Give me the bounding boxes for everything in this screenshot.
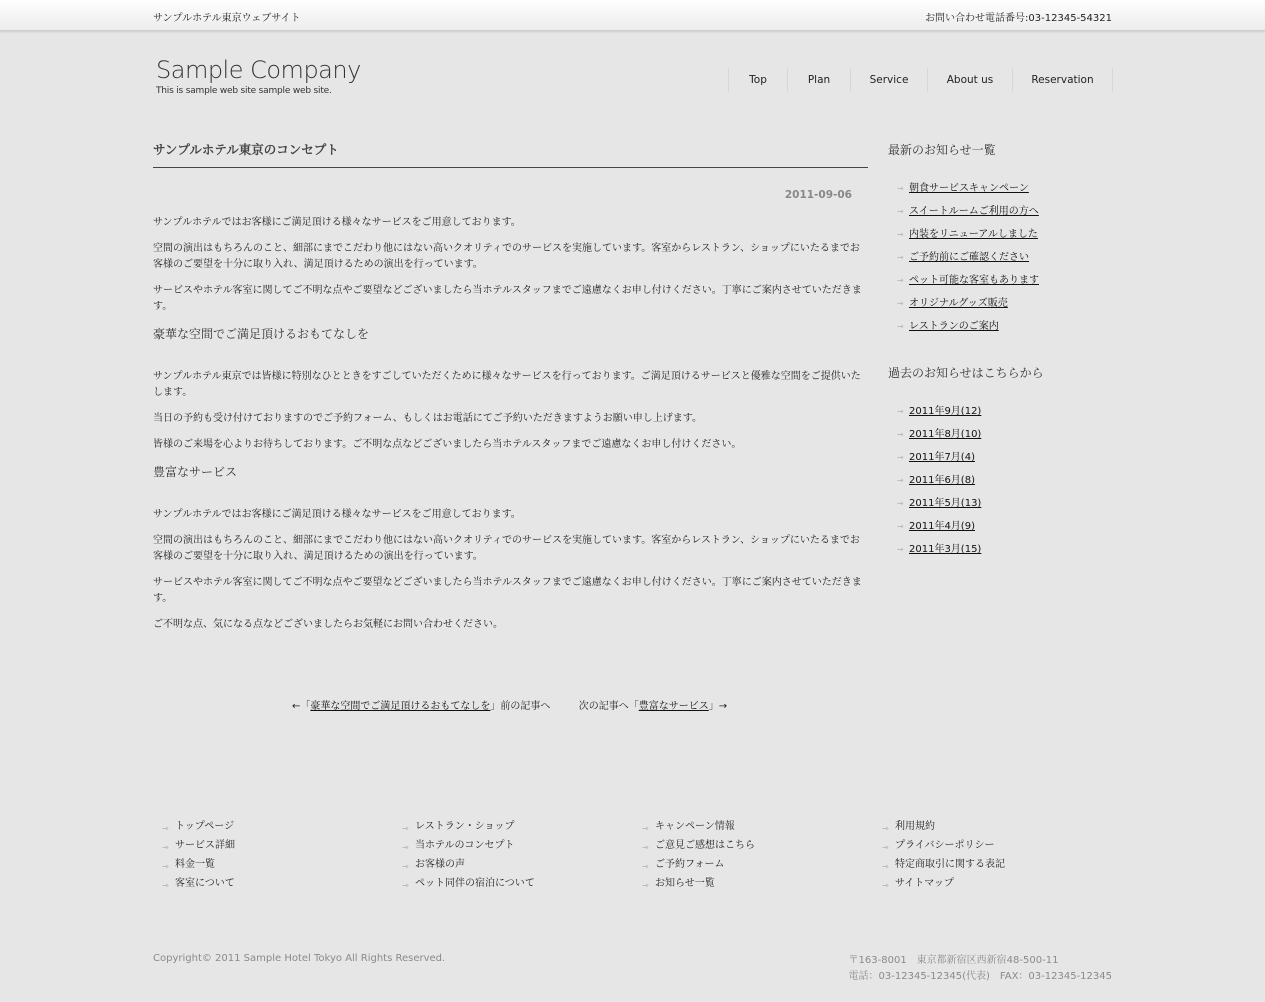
arrow-right-icon: ⇾ <box>402 863 410 871</box>
phone-fax-line: 電話：03-12345-12345(代表) FAX：03-12345-12345 <box>849 969 1112 985</box>
article-title: サンプルホテル東京のコンセプト <box>153 140 868 160</box>
arrow-right-icon: ⇾ <box>897 254 905 262</box>
footer-link[interactable]: ⇾お知らせ一覧 <box>642 877 882 896</box>
article: サンプルホテル東京のコンセプト 2011-09-06 サンプルホテルではお客様に… <box>153 140 868 160</box>
archive-item: ⇾2011年5月(13) <box>888 497 1113 520</box>
footer-column: ⇾キャンペーン情報⇾ご意見ご感想はこちら⇾ご予約フォーム⇾お知らせ一覧 <box>642 820 882 896</box>
arrow-right-icon: ⇾ <box>897 231 905 239</box>
logo-title: Sample Company <box>156 56 361 84</box>
news-item-link[interactable]: オリジナルグッズ販売 <box>909 298 1008 309</box>
footer-link-label: プライバシーポリシー <box>895 840 995 851</box>
paragraph: 空間の演出はもちろんのこと、細部にまでこだわり他にはない高いクオリティでのサービ… <box>153 241 868 273</box>
archive-item-link[interactable]: 2011年8月(10) <box>909 429 981 440</box>
prev-prefix: ←「 <box>292 701 310 712</box>
sidebar: 最新のお知らせ一覧 ⇾朝食サービスキャンペーン⇾スイートルームご利用の方へ⇾内装… <box>888 140 1113 586</box>
footer-link[interactable]: ⇾当ホテルのコンセプト <box>402 839 642 858</box>
paragraph: サービスやホテル客室に関してご不明な点やご要望などございましたら当ホテルスタッフ… <box>153 283 868 315</box>
footer-link[interactable]: ⇾プライバシーポリシー <box>882 839 1122 858</box>
footer-link-label: 当ホテルのコンセプト <box>415 840 515 851</box>
next-prefix: 次の記事へ「 <box>579 701 639 712</box>
paragraph: サービスやホテル客室に関してご不明な点やご要望などございましたら当ホテルスタッフ… <box>153 575 868 607</box>
arrow-right-icon: ⇾ <box>897 408 905 416</box>
copyright: Copyright© 2011 Sample Hotel Tokyo All R… <box>153 953 445 964</box>
footer-link-label: サイトマップ <box>895 878 954 889</box>
prev-suffix: 」前の記事へ <box>490 701 550 712</box>
arrow-right-icon: ⇾ <box>897 277 905 285</box>
footer-link-label: 料金一覧 <box>175 859 215 870</box>
address: 〒163-8001 東京都新宿区西新宿48-500-11 電話：03-12345… <box>849 953 1112 985</box>
footer-link[interactable]: ⇾キャンペーン情報 <box>642 820 882 839</box>
contact-phone: お問い合わせ電話番号:03-12345-54321 <box>925 9 1112 24</box>
arrow-right-icon: ⇾ <box>897 208 905 216</box>
footer-link-label: トップページ <box>175 821 234 832</box>
paragraph: ご不明な点、気になる点などございましたらお気軽にお問い合わせください。 <box>153 617 868 633</box>
archive-item: ⇾2011年7月(4) <box>888 451 1113 474</box>
main-nav: Top Plan Service About us Reservation <box>728 68 1113 92</box>
post-navigation: ←「豪華な空間でご満足頂けるおもてなしを」前の記事へ 次の記事へ「豊富なサービス… <box>292 697 727 712</box>
archive-heading: 過去のお知らせはこちらから <box>888 363 1113 383</box>
arrow-right-icon: ⇾ <box>882 882 890 890</box>
arrow-right-icon: ⇾ <box>642 863 650 871</box>
footer-link[interactable]: ⇾特定商取引に関する表記 <box>882 858 1122 877</box>
arrow-right-icon: ⇾ <box>162 825 170 833</box>
news-item: ⇾ご予約前にご確認ください <box>888 251 1113 274</box>
archive-list: ⇾2011年9月(12)⇾2011年8月(10)⇾2011年7月(4)⇾2011… <box>888 405 1113 566</box>
nav-item-about-us[interactable]: About us <box>928 68 1013 92</box>
archive-item: ⇾2011年9月(12) <box>888 405 1113 428</box>
footer-link[interactable]: ⇾ご意見ご感想はこちら <box>642 839 882 858</box>
arrow-right-icon: ⇾ <box>882 863 890 871</box>
footer-link[interactable]: ⇾トップページ <box>162 820 402 839</box>
nav-item-plan[interactable]: Plan <box>788 68 851 92</box>
footer-column: ⇾トップページ⇾サービス詳細⇾料金一覧⇾客室について <box>162 820 402 896</box>
archive-item-link[interactable]: 2011年5月(13) <box>909 498 981 509</box>
paragraph: サンプルホテルではお客様にご満足頂ける様々なサービスをご用意しております。 <box>153 215 868 231</box>
logo-tagline: This is sample web site sample web site. <box>156 86 361 96</box>
footer-link-label: 利用規約 <box>895 821 935 832</box>
paragraph: 皆様のご来場を心よりお待ちしております。ご不明な点などございましたら当ホテルスタ… <box>153 437 868 453</box>
footer-link[interactable]: ⇾サービス詳細 <box>162 839 402 858</box>
paragraph: 当日の予約も受け付けておりますのでご予約フォーム、もしくはお電話にてご予約いただ… <box>153 411 868 427</box>
arrow-right-icon: ⇾ <box>897 454 905 462</box>
footer-link-label: お知らせ一覧 <box>655 878 715 889</box>
arrow-right-icon: ⇾ <box>642 882 650 890</box>
arrow-right-icon: ⇾ <box>162 844 170 852</box>
title-divider <box>153 167 868 168</box>
news-item: ⇾ペット可能な客室もあります <box>888 274 1113 297</box>
news-item-link[interactable]: スイートルームご利用の方へ <box>909 206 1039 217</box>
section-heading: 豊富なサービス <box>153 463 868 481</box>
footer-link[interactable]: ⇾サイトマップ <box>882 877 1122 896</box>
footer-column: ⇾利用規約⇾プライバシーポリシー⇾特定商取引に関する表記⇾サイトマップ <box>882 820 1122 896</box>
footer-link[interactable]: ⇾利用規約 <box>882 820 1122 839</box>
archive-item: ⇾2011年6月(8) <box>888 474 1113 497</box>
arrow-right-icon: ⇾ <box>162 882 170 890</box>
footer-link[interactable]: ⇾ペット同伴の宿泊について <box>402 877 642 896</box>
arrow-right-icon: ⇾ <box>882 825 890 833</box>
news-item-link[interactable]: レストランのご案内 <box>909 321 999 332</box>
footer-link[interactable]: ⇾客室について <box>162 877 402 896</box>
footer-link[interactable]: ⇾お客様の声 <box>402 858 642 877</box>
footer-link-label: ペット同伴の宿泊について <box>415 878 535 889</box>
archive-item: ⇾2011年3月(15) <box>888 543 1113 566</box>
footer-link-label: 特定商取引に関する表記 <box>895 859 1005 870</box>
arrow-right-icon: ⇾ <box>897 300 905 308</box>
footer-link[interactable]: ⇾ご予約フォーム <box>642 858 882 877</box>
footer-link[interactable]: ⇾レストラン・ショップ <box>402 820 642 839</box>
news-item: ⇾オリジナルグッズ販売 <box>888 297 1113 320</box>
arrow-right-icon: ⇾ <box>897 431 905 439</box>
top-bar: サンプルホテル東京ウェブサイト お問い合わせ電話番号:03-12345-5432… <box>0 0 1265 31</box>
news-item: ⇾内装をリニューアルしました <box>888 228 1113 251</box>
paragraph: サンプルホテル東京では皆様に特別なひとときをすごしていただくために様々なサービス… <box>153 369 868 401</box>
address-line: 〒163-8001 東京都新宿区西新宿48-500-11 <box>849 953 1112 969</box>
archive-item: ⇾2011年4月(9) <box>888 520 1113 543</box>
footer-link-label: レストラン・ショップ <box>415 821 515 832</box>
news-item: ⇾朝食サービスキャンペーン <box>888 182 1113 205</box>
arrow-right-icon: ⇾ <box>162 863 170 871</box>
footer-link-label: お客様の声 <box>415 859 465 870</box>
arrow-right-icon: ⇾ <box>402 882 410 890</box>
news-list: ⇾朝食サービスキャンペーン⇾スイートルームご利用の方へ⇾内装をリニューアルしまし… <box>888 182 1113 343</box>
arrow-right-icon: ⇾ <box>897 185 905 193</box>
nav-item-service[interactable]: Service <box>851 68 928 92</box>
site-name: サンプルホテル東京ウェブサイト <box>153 9 301 24</box>
logo[interactable]: Sample Company This is sample web site s… <box>156 56 361 96</box>
section-heading: 豪華な空間でご満足頂けるおもてなしを <box>153 325 868 343</box>
footer-link-label: キャンペーン情報 <box>655 821 735 832</box>
arrow-right-icon: ⇾ <box>402 844 410 852</box>
next-post-link[interactable]: 豊富なサービス <box>639 701 709 712</box>
paragraph: サンプルホテルではお客様にご満足頂ける様々なサービスをご用意しております。 <box>153 507 868 523</box>
arrow-right-icon: ⇾ <box>402 825 410 833</box>
arrow-right-icon: ⇾ <box>642 825 650 833</box>
paragraph: 空間の演出はもちろんのこと、細部にまでこだわり他にはない高いクオリティでのサービ… <box>153 533 868 565</box>
news-item-link[interactable]: ペット可能な客室もあります <box>909 275 1039 286</box>
archive-item-link[interactable]: 2011年3月(15) <box>909 544 981 555</box>
news-item: ⇾スイートルームご利用の方へ <box>888 205 1113 228</box>
news-heading: 最新のお知らせ一覧 <box>888 140 1113 160</box>
footer-link-label: ご意見ご感想はこちら <box>655 840 755 851</box>
arrow-right-icon: ⇾ <box>897 323 905 331</box>
arrow-right-icon: ⇾ <box>897 523 905 531</box>
arrow-right-icon: ⇾ <box>897 477 905 485</box>
footer-column: ⇾レストラン・ショップ⇾当ホテルのコンセプト⇾お客様の声⇾ペット同伴の宿泊につい… <box>402 820 642 896</box>
archive-item-link[interactable]: 2011年7月(4) <box>909 452 975 463</box>
archive-item-link[interactable]: 2011年6月(8) <box>909 475 975 486</box>
arrow-right-icon: ⇾ <box>882 844 890 852</box>
archive-item: ⇾2011年8月(10) <box>888 428 1113 451</box>
footer-links: ⇾トップページ⇾サービス詳細⇾料金一覧⇾客室について⇾レストラン・ショップ⇾当ホ… <box>162 820 1122 896</box>
arrow-right-icon: ⇾ <box>897 546 905 554</box>
arrow-right-icon: ⇾ <box>642 844 650 852</box>
archive-item-link[interactable]: 2011年9月(12) <box>909 406 981 417</box>
next-suffix: 」→ <box>709 701 727 712</box>
footer-link[interactable]: ⇾料金一覧 <box>162 858 402 877</box>
news-item-link[interactable]: 内装をリニューアルしました <box>909 229 1038 240</box>
post-date: 2011-09-06 <box>785 189 852 201</box>
prev-post-link[interactable]: 豪華な空間でご満足頂けるおもてなしを <box>310 701 490 712</box>
footer-link-label: ご予約フォーム <box>655 859 725 870</box>
nav-item-reservation[interactable]: Reservation <box>1013 68 1113 92</box>
news-item-link[interactable]: ご予約前にご確認ください <box>909 252 1029 263</box>
news-item-link[interactable]: 朝食サービスキャンペーン <box>909 183 1029 194</box>
news-item: ⇾レストランのご案内 <box>888 320 1113 343</box>
archive-item-link[interactable]: 2011年4月(9) <box>909 521 975 532</box>
nav-item-top[interactable]: Top <box>729 68 788 92</box>
footer-link-label: 客室について <box>175 878 235 889</box>
arrow-right-icon: ⇾ <box>897 500 905 508</box>
article-body: サンプルホテルではお客様にご満足頂ける様々なサービスをご用意しております。 空間… <box>153 215 868 643</box>
footer-link-label: サービス詳細 <box>175 840 235 851</box>
